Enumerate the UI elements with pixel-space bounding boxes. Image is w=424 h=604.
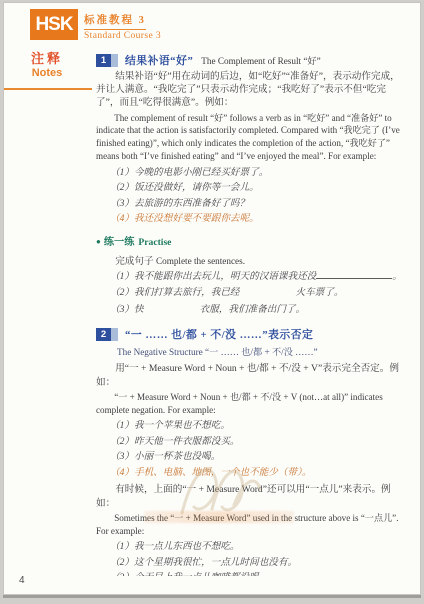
notes-label-zh: 注释 — [4, 52, 90, 67]
section-badge-accent — [111, 54, 118, 67]
example-sentence-highlighted: （4）手机、电脑、地图，一个也不能少（带）。 — [110, 465, 407, 481]
sentence-after-blank: 。 — [392, 271, 402, 282]
instruction-zh: 完成句子 — [115, 256, 153, 267]
section-title-en: The Negative Structure “一 …… 也/都 + 不/没 …… — [117, 344, 407, 358]
explanation-en: The complement of result “好” follows a v… — [96, 112, 407, 163]
section-title-en: The Complement of Result “好” — [201, 53, 320, 67]
example-list: （1）今晚的电影小刚已经买好票了。 （2）饭还没做好，请你等一会儿。 （3）去旅… — [110, 165, 407, 227]
section-1-header: 1 结果补语“好” The Complement of Result “好” — [96, 53, 407, 67]
example-sentence: （2）饭还没做好，请你等一会儿。 — [110, 180, 407, 196]
example-sentence: （3）今天早上我一点儿咖啡都没喝。 — [110, 570, 407, 576]
brand-text: 标准教程 3 Standard Course 3 — [84, 9, 161, 41]
main-content: 1 结果补语“好” The Complement of Result “好” 结… — [96, 53, 407, 576]
bullet-icon: ● — [96, 237, 101, 246]
example-sentence-highlighted: （4）我还没想好要不要跟你去呢。 — [110, 211, 407, 227]
example-sentence: （1）我一点儿东西也不想吃。 — [110, 539, 407, 555]
section-number-badge: 1 — [96, 54, 118, 67]
sentence-after-blank: 衣服，我们准备出门了。 — [200, 304, 306, 315]
example-list: （1）我一个苹果也不想吃。 （2）昨天他一件衣服都没买。 （3）小丽一杯茶也没喝… — [110, 418, 407, 480]
section-title-zh: “一 …… 也/都 + 不/没 ……”表示否定 — [125, 327, 313, 342]
section-badge-accent — [111, 328, 118, 341]
practise-item-list: （1）我不能跟你出去玩儿，明天的汉语课我还没。 （2）我们打算去旅行，我已经火车… — [96, 269, 407, 319]
practise-item: （1）我不能跟你出去玩儿，明天的汉语课我还没。 — [110, 269, 407, 286]
section-number: 2 — [96, 328, 111, 341]
example-sentence: （3）去旅游的东西准备好了吗？ — [110, 196, 407, 212]
series-title-zh: 标准教程 3 — [84, 16, 146, 30]
sentence-after-blank: 火车票了。 — [296, 287, 344, 298]
section-number: 1 — [96, 54, 111, 67]
explanation-en: “一 + Measure Word + Noun + 也/都 + 不/没 + V… — [96, 391, 407, 417]
answer-blank[interactable] — [316, 269, 392, 279]
practise-heading: ●练一练Practise — [96, 233, 407, 248]
section-title-zh: 结果补语“好” — [125, 53, 193, 68]
section-2-header: 2 “一 …… 也/都 + 不/没 ……”表示否定 — [96, 327, 407, 341]
explanation-zh: 用“一 + Measure Word + Noun + 也/都 + 不/没 + … — [96, 362, 407, 388]
example-sentence: （1）我一个苹果也不想吃。 — [110, 418, 407, 434]
section-2: 2 “一 …… 也/都 + 不/没 ……”表示否定 The Negative S… — [96, 327, 407, 576]
example-sentence: （3）小丽一杯茶也没喝。 — [110, 449, 407, 465]
example-sentence: （2）昨天他一件衣服都没买。 — [110, 434, 407, 450]
section-number-badge: 2 — [96, 328, 118, 341]
practise-item: （2）我们打算去旅行，我已经火车票了。 — [110, 285, 407, 302]
series-title-en: Standard Course 3 — [84, 32, 161, 42]
scanned-textbook-page: HSK 标准教程 3 Standard Course 3 注释 Notes 1 — [0, 0, 424, 604]
section-1: 1 结果补语“好” The Complement of Result “好” 结… — [96, 53, 407, 318]
explanation2-en: Sometimes the “一 + Measure Word” used in… — [96, 512, 407, 538]
sentence-before-blank: （1）我不能跟你出去玩儿，明天的汉语课我还没 — [110, 271, 316, 282]
practise-instruction: 完成句子 Complete the sentences. — [96, 253, 407, 267]
sentence-before-blank: （2）我们打算去旅行，我已经 — [110, 287, 240, 298]
practise-heading-zh: 练一练 — [104, 237, 135, 248]
example-list: （1）我一点儿东西也不想吃。 （2）这个星期我很忙，一点儿时间也没有。 （3）今… — [110, 539, 407, 576]
example-sentence: （1）今晚的电影小刚已经买好票了。 — [110, 165, 407, 181]
notes-label-en: Notes — [4, 67, 90, 80]
explanation-zh: 结果补语“好”用在动词的后边，如“吃好”“准备好”，表示动作完成，并让人满意。“… — [96, 70, 407, 110]
hsk-logo: HSK — [30, 9, 78, 40]
sidebar-notes-label: 注释 Notes — [4, 52, 90, 80]
practise-heading-en: Practise — [138, 237, 171, 248]
example-sentence: （2）这个星期我很忙，一点儿时间也没有。 — [110, 555, 407, 571]
sidebar-rule — [4, 88, 92, 90]
page-surface: HSK 标准教程 3 Standard Course 3 注释 Notes 1 — [3, 2, 421, 595]
header-brand: HSK 标准教程 3 Standard Course 3 — [30, 9, 161, 41]
instruction-en: Complete the sentences. — [156, 256, 245, 266]
practise-item: （3）快衣服，我们准备出门了。 — [110, 302, 407, 319]
page-number: 4 — [19, 575, 25, 586]
explanation2-zh: 有时候，上面的“一 + Measure Word”还可以用“一点儿”来表示。例如… — [96, 483, 407, 509]
sentence-before-blank: （3）快 — [110, 304, 144, 315]
